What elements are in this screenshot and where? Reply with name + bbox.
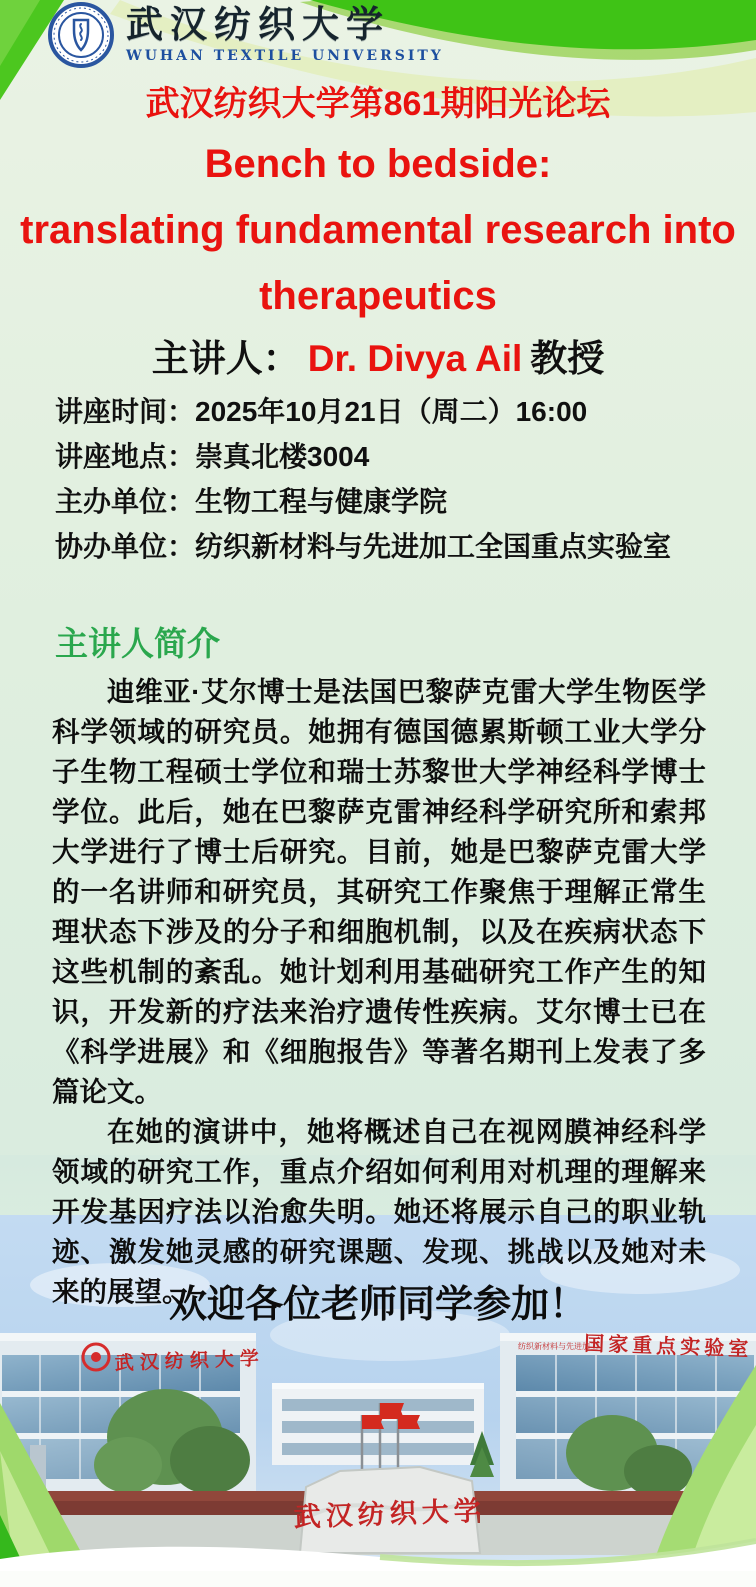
speaker-label: 主讲人： bbox=[152, 338, 300, 379]
talk-title: Bench to bedside: translating fundamenta… bbox=[0, 131, 756, 329]
bio-paragraph-1: 迪维亚·艾尔博士是法国巴黎萨克雷大学生物医学科学领域的研究员。她拥有德国德累斯顿… bbox=[52, 672, 706, 1112]
lecture-details: 讲座时间：2025年10月21日（周二）16:00 讲座地点：崇真北楼3004 … bbox=[55, 389, 726, 569]
bio-section-heading: 主讲人简介 bbox=[55, 618, 220, 665]
talk-title-line3: therapeutics bbox=[0, 263, 756, 329]
detail-venue-label: 讲座地点： bbox=[55, 441, 195, 472]
talk-title-line2: translating fundamental research into bbox=[0, 197, 756, 263]
detail-cohost-value: 纺织新材料与先进加工全国重点实验室 bbox=[195, 531, 671, 562]
monument-stone: 武汉纺织大学 bbox=[293, 1467, 486, 1553]
detail-venue: 讲座地点：崇真北楼3004 bbox=[55, 434, 726, 479]
detail-venue-value: 崇真北楼3004 bbox=[195, 441, 369, 472]
detail-time-label: 讲座时间： bbox=[55, 396, 195, 427]
university-logo-block: 武汉纺织大学 WUHAN TEXTILE UNIVERSITY bbox=[48, 2, 444, 68]
detail-host-value: 生物工程与健康学院 bbox=[195, 486, 447, 517]
speaker-name: Dr. Divya Ail bbox=[308, 338, 523, 379]
detail-cohost: 协办单位：纺织新材料与先进加工全国重点实验室 bbox=[55, 524, 726, 569]
forum-series-title: 武汉纺织大学第861期阳光论坛 bbox=[0, 76, 756, 125]
detail-time: 讲座时间：2025年10月21日（周二）16:00 bbox=[55, 389, 726, 434]
university-name-zh: 武汉纺织大学 bbox=[126, 4, 444, 44]
detail-host: 主办单位：生物工程与健康学院 bbox=[55, 479, 726, 524]
detail-cohost-label: 协办单位： bbox=[55, 531, 195, 562]
detail-host-label: 主办单位： bbox=[55, 486, 195, 517]
speaker-title-suffix: 教授 bbox=[530, 338, 604, 379]
detail-time-value: 2025年10月21日（周二）16:00 bbox=[195, 396, 587, 427]
bio-body: 迪维亚·艾尔博士是法国巴黎萨克雷大学生物医学科学领域的研究员。她拥有德国德累斯顿… bbox=[52, 672, 706, 1312]
speaker-line: 主讲人：Dr. Divya Ail教授 bbox=[0, 328, 756, 382]
university-seal-icon bbox=[48, 2, 114, 68]
bio-paragraph-2: 在她的演讲中，她将概述自己在视网膜神经科学领域的研究工作，重点介绍如何利用对机理… bbox=[52, 1112, 706, 1312]
lecture-poster: 武汉纺织大学 WUHAN TEXTILE UNIVERSITY 武汉纺织大学第8… bbox=[0, 0, 756, 1587]
university-name-block: 武汉纺织大学 WUHAN TEXTILE UNIVERSITY bbox=[126, 2, 444, 64]
university-name-en: WUHAN TEXTILE UNIVERSITY bbox=[126, 48, 444, 64]
talk-title-line1: Bench to bedside: bbox=[0, 131, 756, 197]
